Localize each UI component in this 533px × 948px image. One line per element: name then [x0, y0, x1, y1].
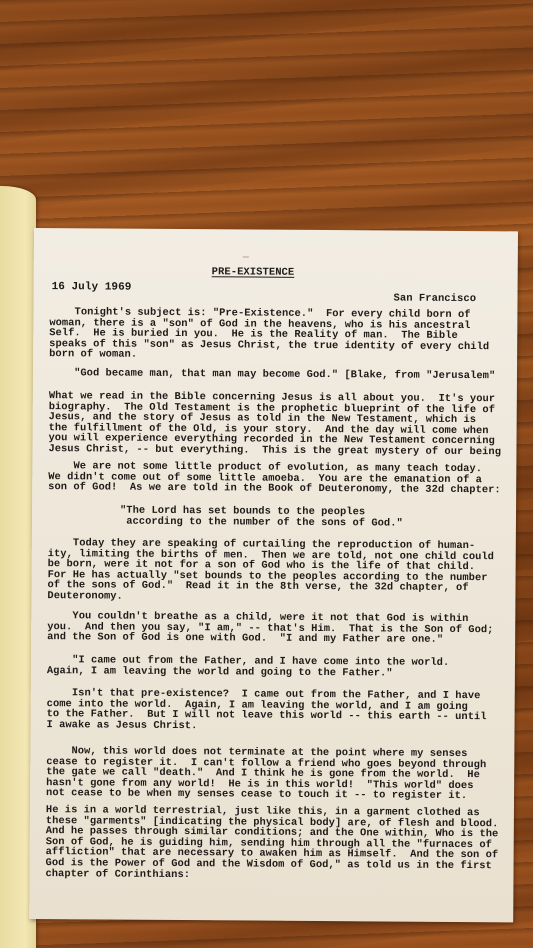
paragraph: Today they are speaking of curtailing th… [47, 538, 509, 605]
paragraph: You couldn't breathe as a child, were it… [47, 611, 509, 646]
paragraph: Now, this world does not terminate at th… [46, 746, 508, 802]
document-date: 16 July 1969 [52, 282, 132, 293]
paragraph: "I came out from the Father, and I have … [47, 655, 509, 679]
page-content: PRE-EXISTENCE 16 July 1969 San Francisco… [42, 228, 512, 231]
paragraph: Tonight's subject is: "Pre-Existence." F… [49, 307, 511, 363]
paragraph: "God became man, that man may become God… [49, 368, 511, 382]
text-line: "God became man, that man may become God… [49, 368, 511, 382]
document-location: San Francisco [393, 294, 476, 305]
paragraph: We are not some little product of evolut… [48, 461, 510, 496]
typewritten-page: PRE-EXISTENCE 16 July 1969 San Francisco… [29, 228, 518, 922]
stray-mark [243, 253, 249, 257]
paragraph: What we read in the Bible concerning Jes… [48, 391, 510, 458]
paragraph: He is in a world terrestrial, just like … [45, 805, 508, 882]
text-line: according to the number of the sons of G… [120, 516, 403, 529]
block-quote: "The Lord has set bounds to the peoples … [120, 506, 403, 529]
paragraph: Isn't that pre-existence? I came out fro… [46, 688, 508, 734]
text-line: Jesus Christ, -- but everything. This is… [48, 444, 510, 458]
text-line: and the Son of God is one with God. "I a… [47, 632, 509, 646]
text-line: son of God! As we are told in the Book o… [48, 482, 510, 496]
text-line: not cease to be when my senses cease to … [46, 788, 508, 802]
document-title: PRE-EXISTENCE [212, 267, 295, 278]
